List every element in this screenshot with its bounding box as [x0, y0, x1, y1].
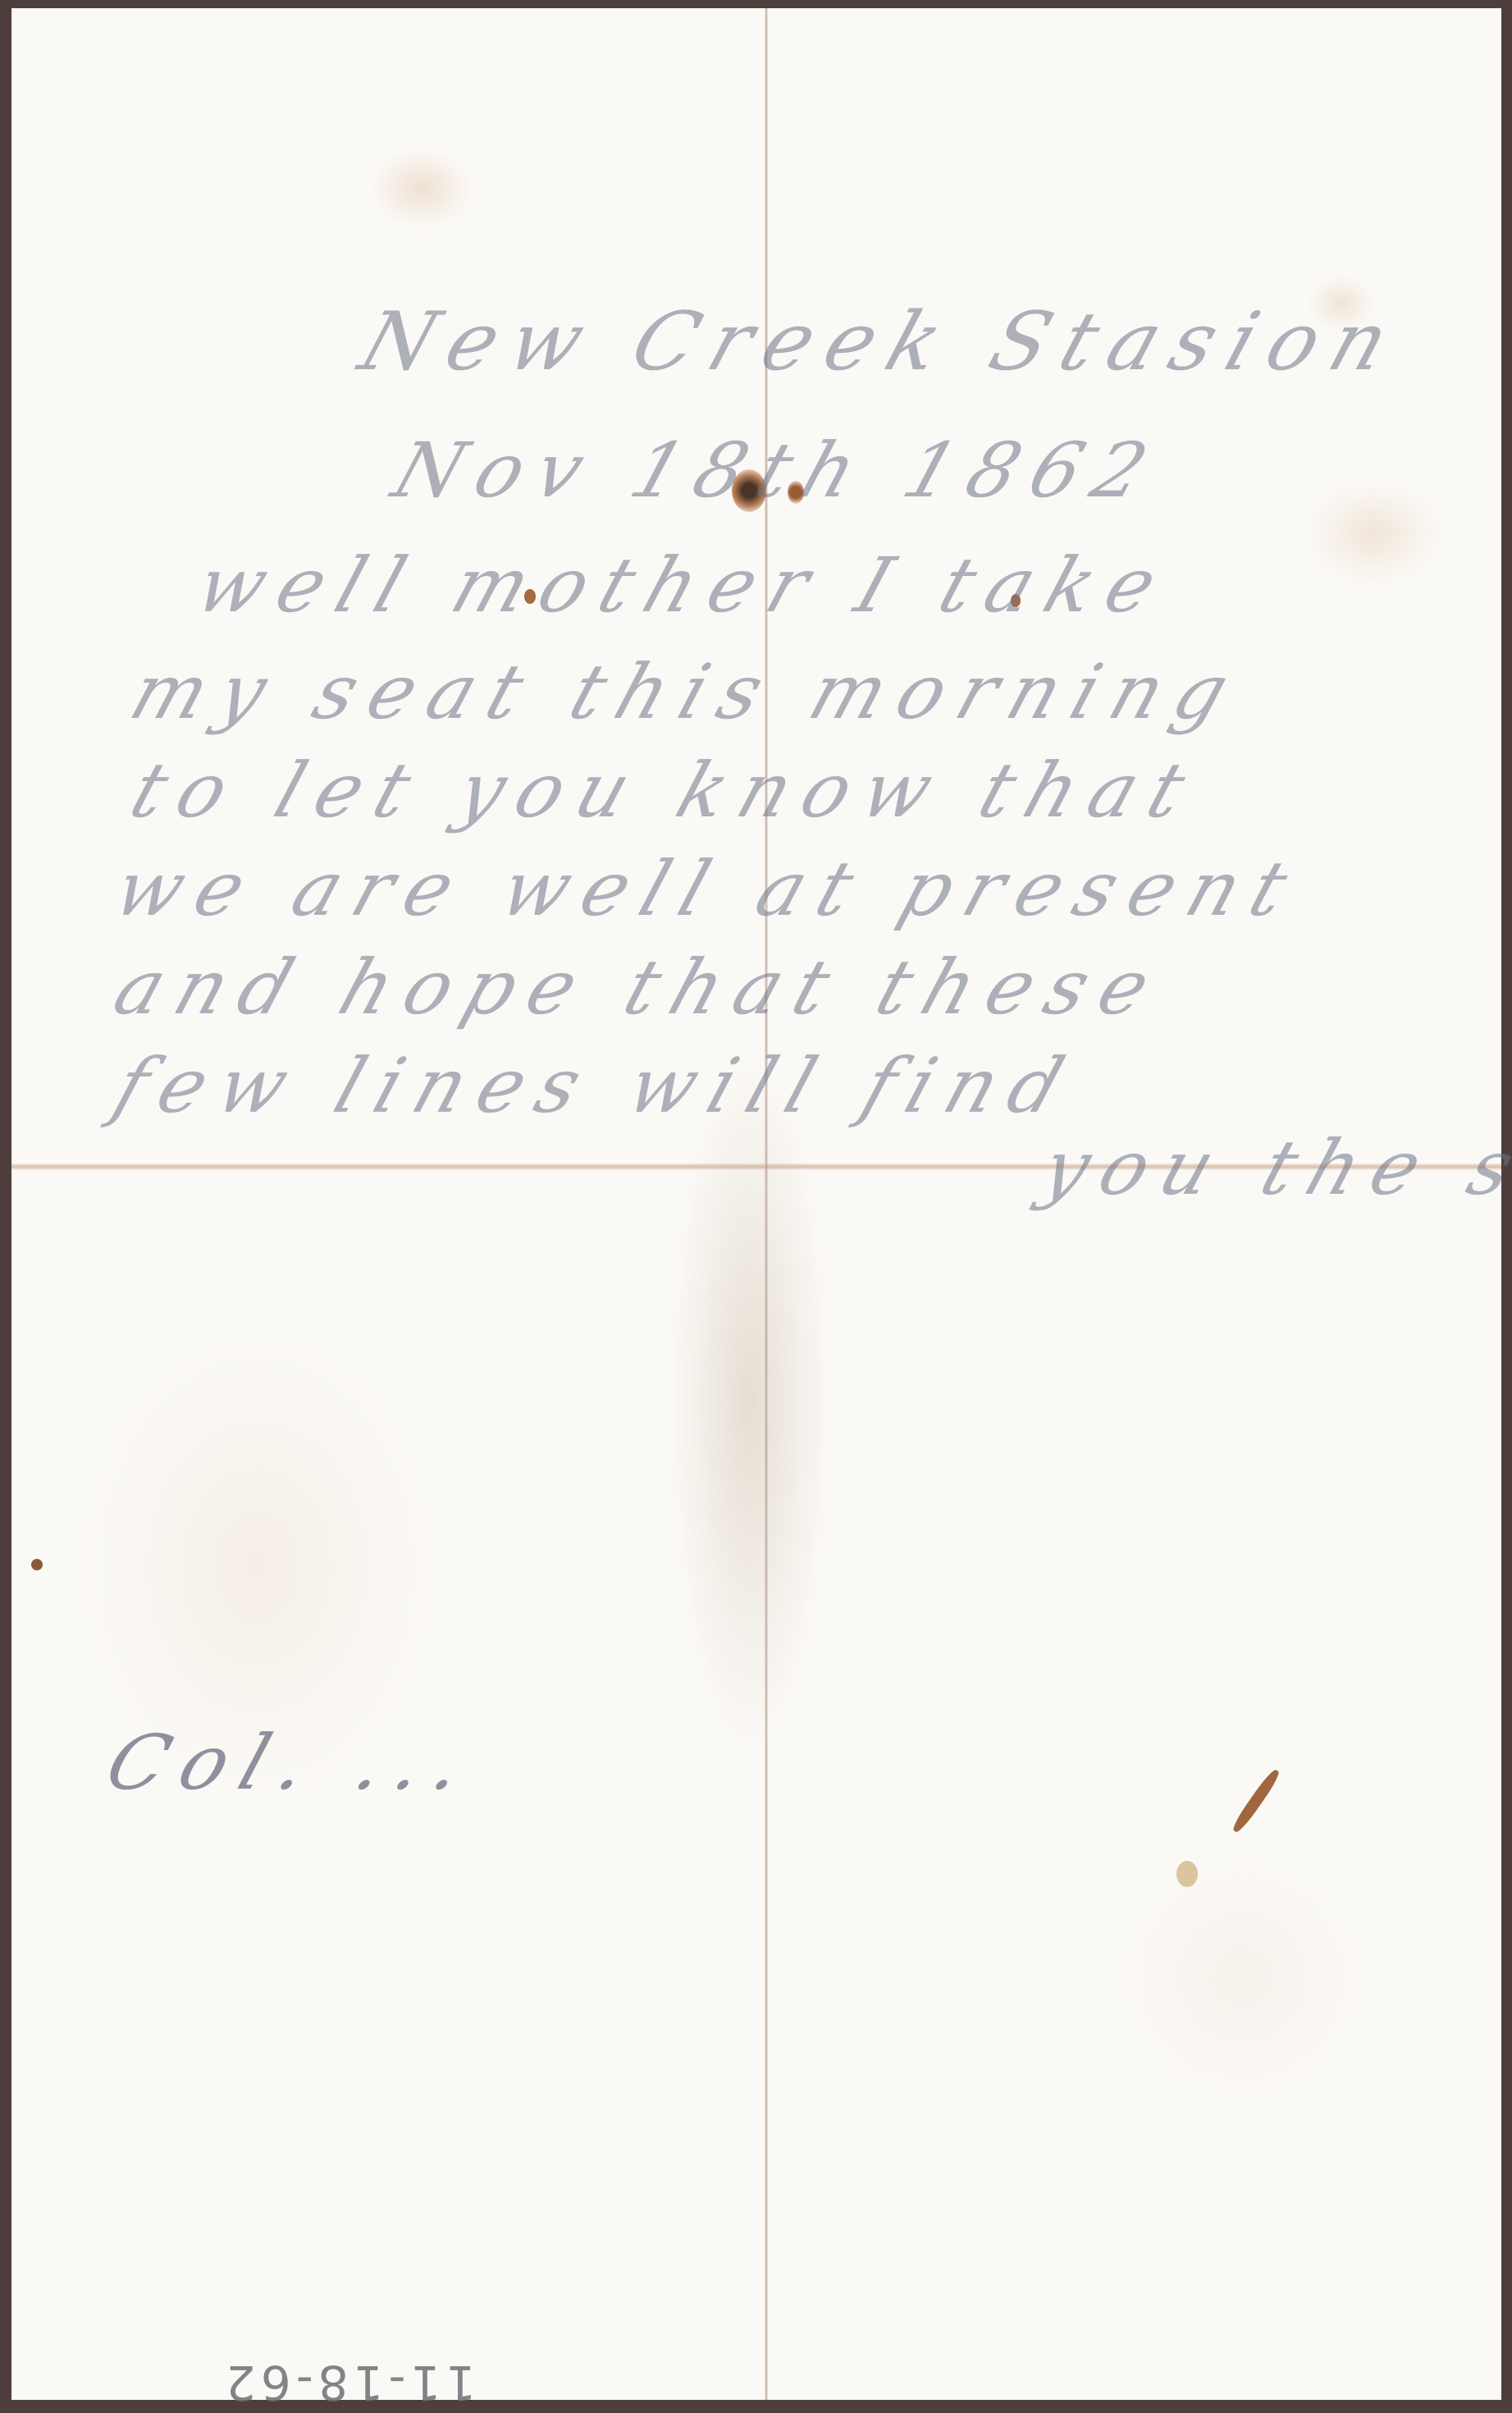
letter-line: well mother I take [186, 542, 1182, 629]
letter-body: New Creek Stasion Nov 18th 1862 well mot… [11, 8, 1501, 2400]
letter-line: my seat this morning [121, 648, 1254, 736]
letter-heading: New Creek Stasion [349, 295, 1414, 389]
catalog-number: 11-18-62 [221, 2355, 476, 2411]
letter-line: you the same [1031, 1124, 1512, 1212]
letter-date: Nov 18th 1862 [383, 427, 1173, 514]
letter-line: to let you know that [121, 747, 1211, 834]
letter-line: and hope that these [104, 944, 1176, 1031]
letter-fragment: Col. ... [96, 1719, 490, 1807]
letter-line: we are well at present [104, 845, 1313, 933]
letter-line: few lines will find [104, 1042, 1089, 1130]
document-frame: New Creek Stasion Nov 18th 1862 well mot… [0, 0, 1512, 2413]
letter-paper: New Creek Stasion Nov 18th 1862 well mot… [11, 8, 1501, 2400]
